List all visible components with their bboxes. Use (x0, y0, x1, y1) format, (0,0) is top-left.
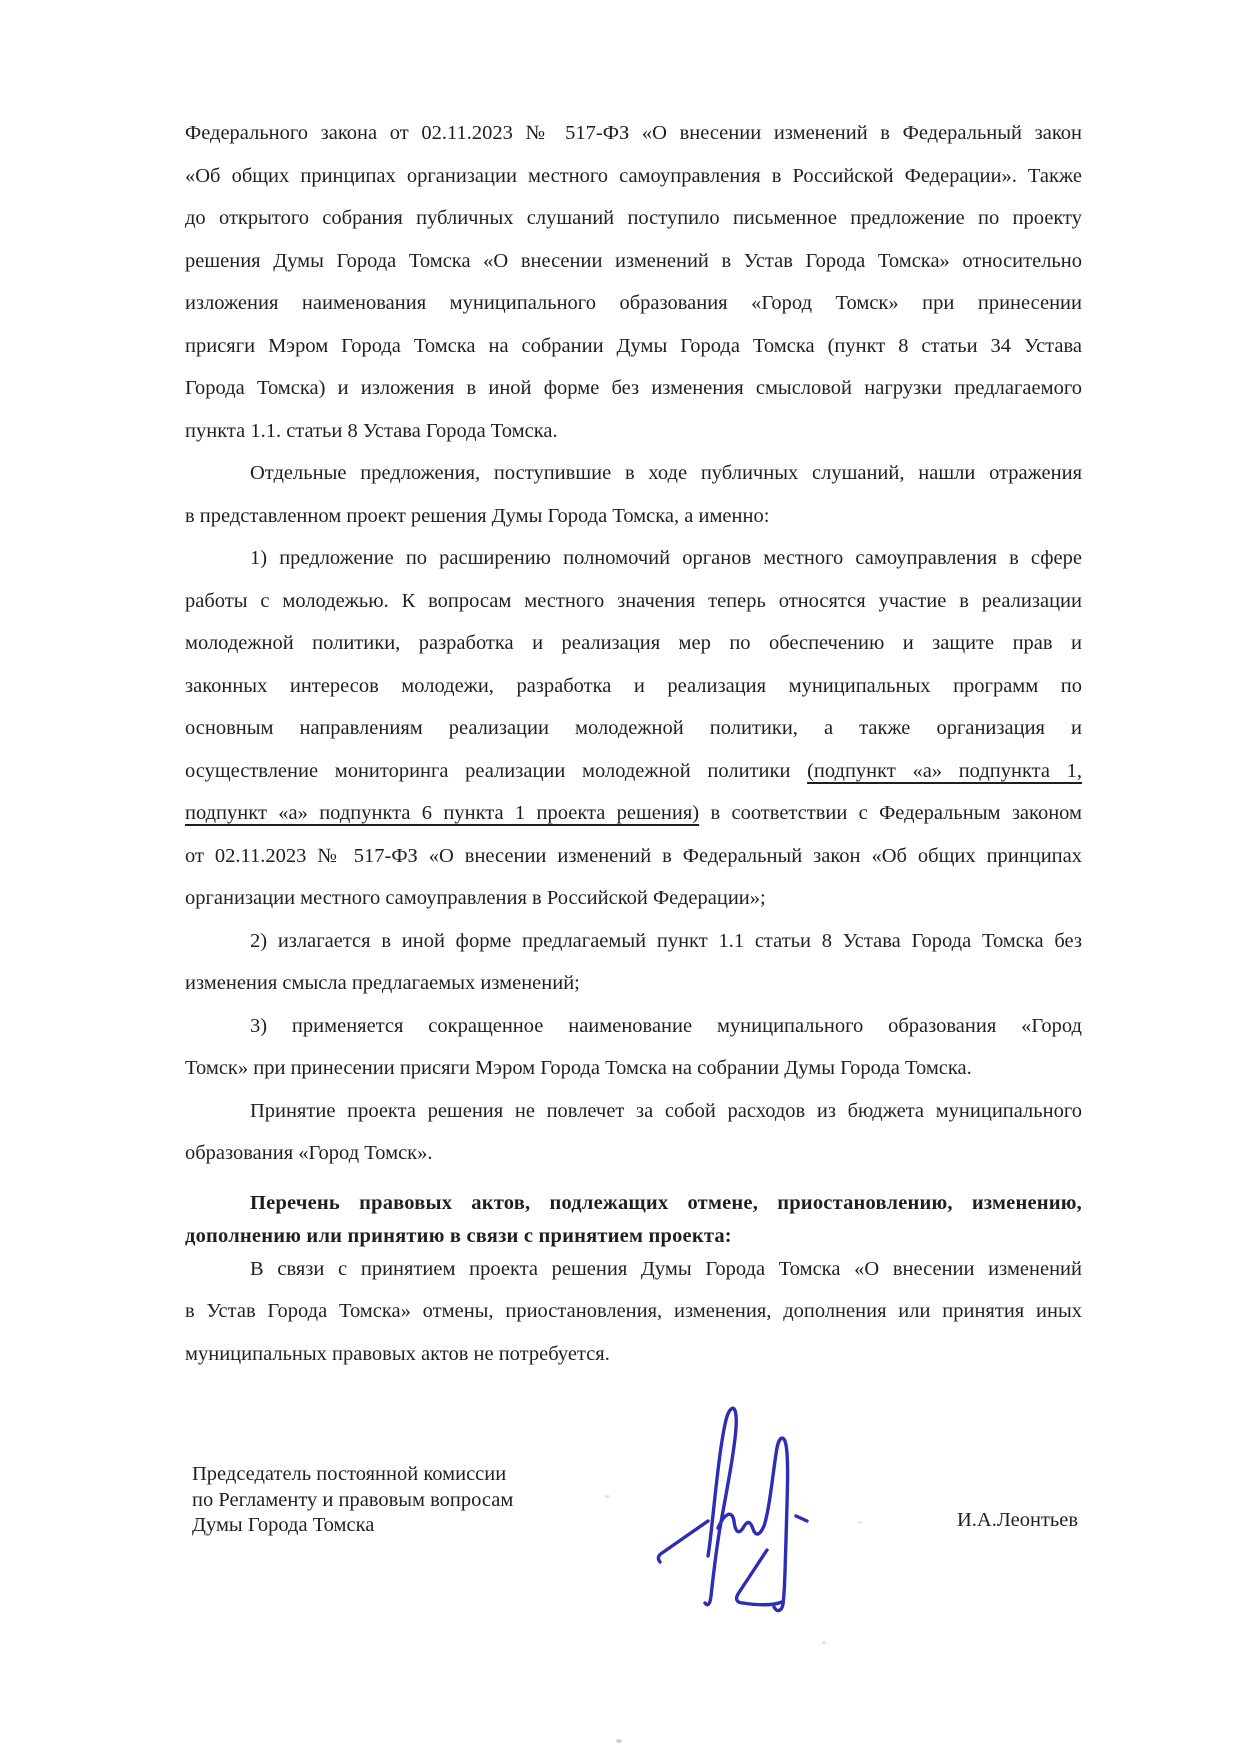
text-segment: присяги Мэром Города Томска на собрании … (185, 335, 1082, 357)
text-line: 3) применяется сокращенное наименование … (185, 1005, 1082, 1048)
text-segment: 3) применяется сокращенное наименование … (250, 1015, 1082, 1037)
text-segment: законных интересов молодежи, разработка … (185, 675, 1082, 697)
body-paragraph: 1) предложение по расширению полномочий … (185, 537, 1082, 920)
signatory-title-line: по Регламенту и правовым вопросам (192, 1488, 612, 1514)
text-segment: «Об общих принципах организации местного… (185, 165, 1082, 187)
text-segment: организации местного самоуправления в Ро… (185, 887, 766, 909)
text-segment: изменения смысла предлагаемых изменений; (185, 972, 580, 994)
text-line: осуществление мониторинга реализации мол… (185, 750, 1082, 793)
section-heading-paragraph: Перечень правовых актов, подлежащих отме… (185, 1187, 1082, 1253)
text-segment: в соответствии с Федеральным законом (699, 802, 1082, 824)
underlined-text-segment: (подпункт «а» подпункта 1, (807, 760, 1082, 782)
text-segment: Томск» при принесении присяги Мэром Горо… (185, 1057, 972, 1079)
text-segment: от 02.11.2023 № 517-ФЗ «О внесении измен… (185, 845, 1082, 867)
body-paragraph: 3) применяется сокращенное наименование … (185, 1005, 1082, 1090)
document-body: Федерального закона от 02.11.2023 № 517-… (185, 112, 1082, 1375)
text-segment: молодежной политики, разработка и реализ… (185, 632, 1082, 654)
text-line: Федерального закона от 02.11.2023 № 517-… (185, 112, 1082, 155)
text-line: изменения смысла предлагаемых изменений; (185, 962, 1082, 1005)
text-segment: изложения наименования муниципального об… (185, 292, 1082, 314)
scanned-document-page: Федерального закона от 02.11.2023 № 517-… (0, 0, 1240, 1753)
text-line: изложения наименования муниципального об… (185, 282, 1082, 325)
signatory-title-line: Председатель постоянной комиссии (192, 1462, 612, 1488)
text-line: присяги Мэром Города Томска на собрании … (185, 325, 1082, 368)
body-paragraph: Принятие проекта решения не повлечет за … (185, 1090, 1082, 1175)
text-line: Отдельные предложения, поступившие в ход… (185, 452, 1082, 495)
text-line: 1) предложение по расширению полномочий … (185, 537, 1082, 580)
text-line: в Устав Города Томска» отмены, приостано… (185, 1290, 1082, 1333)
text-line: Томск» при принесении присяги Мэром Горо… (185, 1047, 1082, 1090)
text-line: основным направлениям реализации молодеж… (185, 707, 1082, 750)
scan-speck (605, 1495, 610, 1498)
text-segment: осуществление мониторинга реализации мол… (185, 760, 807, 782)
text-line: в представленном проект решения Думы Гор… (185, 495, 1082, 538)
text-segment: дополнению или принятию в связи с принят… (185, 1225, 732, 1247)
text-line: законных интересов молодежи, разработка … (185, 665, 1082, 708)
text-segment: образования «Город Томск». (185, 1142, 433, 1164)
text-segment: работы с молодежью. К вопросам местного … (185, 590, 1082, 612)
text-segment: в представленном проект решения Думы Гор… (185, 505, 769, 527)
text-segment: 2) излагается в иной форме предлагаемый … (250, 930, 1082, 952)
text-line: работы с молодежью. К вопросам местного … (185, 580, 1082, 623)
text-line: «Об общих принципах организации местного… (185, 155, 1082, 198)
text-line: 2) излагается в иной форме предлагаемый … (185, 920, 1082, 963)
text-segment: В связи с принятием проекта решения Думы… (250, 1258, 1082, 1280)
text-segment: 1) предложение по расширению полномочий … (250, 547, 1082, 569)
scan-speck (822, 1641, 826, 1644)
text-line: от 02.11.2023 № 517-ФЗ «О внесении измен… (185, 835, 1082, 878)
body-paragraph: 2) излагается в иной форме предлагаемый … (185, 920, 1082, 1005)
text-segment: Принятие проекта решения не повлечет за … (250, 1100, 1082, 1122)
body-paragraph: Федерального закона от 02.11.2023 № 517-… (185, 112, 1082, 452)
text-segment: Федерального закона от 02.11.2023 № 517-… (185, 122, 1082, 144)
handwritten-signature-icon (648, 1388, 820, 1628)
text-line: Принятие проекта решения не повлечет за … (185, 1090, 1082, 1133)
text-segment: Города Томска) и изложения в иной форме … (185, 377, 1082, 399)
text-segment: Перечень правовых актов, подлежащих отме… (250, 1192, 1082, 1214)
text-segment: основным направлениям реализации молодеж… (185, 717, 1082, 739)
text-line: до открытого собрания публичных слушаний… (185, 197, 1082, 240)
scan-speck (616, 1739, 622, 1743)
text-segment: муниципальных правовых актов не потребуе… (185, 1343, 610, 1365)
text-line: В связи с принятием проекта решения Думы… (185, 1248, 1082, 1291)
text-line: образования «Город Томск». (185, 1132, 1082, 1175)
text-segment: пункта 1.1. статьи 8 Устава Города Томск… (185, 420, 558, 442)
signatory-name: И.А.Леонтьев (957, 1508, 1078, 1532)
text-line: молодежной политики, разработка и реализ… (185, 622, 1082, 665)
scan-speck (857, 1521, 863, 1524)
signatory-title-line: Думы Города Томска (192, 1513, 612, 1539)
text-segment: Отдельные предложения, поступившие в ход… (250, 462, 1082, 484)
text-line: решения Думы Города Томска «О внесении и… (185, 240, 1082, 283)
text-line: Города Томска) и изложения в иной форме … (185, 367, 1082, 410)
text-line: пункта 1.1. статьи 8 Устава Города Томск… (185, 410, 1082, 453)
underlined-text-segment: подпункт «а» подпункта 6 пункта 1 проект… (185, 802, 699, 824)
text-segment: решения Думы Города Томска «О внесении и… (185, 250, 1082, 272)
text-line: муниципальных правовых актов не потребуе… (185, 1333, 1082, 1376)
text-line: организации местного самоуправления в Ро… (185, 877, 1082, 920)
text-line: подпункт «а» подпункта 6 пункта 1 проект… (185, 792, 1082, 835)
body-paragraph: Отдельные предложения, поступившие в ход… (185, 452, 1082, 537)
text-line: Перечень правовых актов, подлежащих отме… (185, 1187, 1082, 1220)
text-segment: в Устав Города Томска» отмены, приостано… (185, 1300, 1082, 1322)
signatory-title-block: Председатель постоянной комиссии по Регл… (192, 1462, 612, 1539)
body-paragraph: В связи с принятием проекта решения Думы… (185, 1248, 1082, 1376)
text-segment: до открытого собрания публичных слушаний… (185, 207, 1082, 229)
